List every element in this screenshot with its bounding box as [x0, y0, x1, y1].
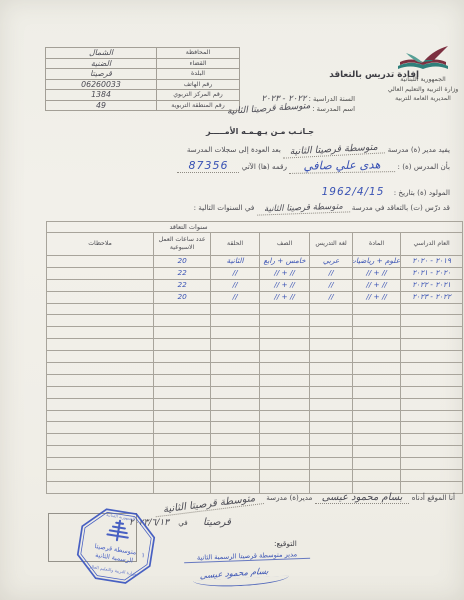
contract-cell [47, 267, 154, 279]
empty-row [47, 470, 463, 482]
contract-cell: // + // [260, 267, 310, 279]
contract-cell: // [211, 279, 260, 291]
empty-cell [310, 363, 353, 375]
region-value: الضنية [46, 58, 157, 69]
empty-cell [154, 374, 211, 386]
footer-prefix: أنا الموقع أدناه [412, 493, 455, 502]
body-line-birthdate: المولود (ة) بتاريخ : 1962/4/15 [315, 186, 450, 198]
region-row: رقم المنطقة التربوية49 [46, 100, 240, 111]
empty-cell [310, 351, 353, 363]
contract-cell: // [211, 291, 260, 303]
contract-cell: علوم + رياضيات [353, 256, 401, 268]
footer-declaration-line: أنا الموقع أدناه بسام محمود عيسى مدير(ة)… [155, 492, 455, 504]
empty-cell [211, 351, 260, 363]
empty-cell [260, 446, 310, 458]
empty-cell [353, 410, 401, 422]
region-value: 06260033 [46, 79, 157, 90]
empty-row [47, 422, 463, 434]
line4-prefix: قد درّس (ت) بالتعاقد في مدرسة [352, 203, 450, 212]
empty-cell [401, 434, 463, 446]
teacher-number-value: 87356 [177, 159, 239, 173]
column-header: عدد ساعات العمل الاسبوعية [154, 233, 211, 256]
region-row: البلدةقرصيتا [46, 69, 240, 80]
empty-cell [154, 398, 211, 410]
empty-cell [260, 458, 310, 470]
empty-cell [353, 422, 401, 434]
empty-row [47, 339, 463, 351]
signature-label: التوقيع: [274, 539, 297, 548]
empty-cell [353, 303, 401, 315]
empty-cell [47, 434, 154, 446]
body-line-contract: قد درّس (ت) بالتعاقد في مدرسة متوسطة قرص… [194, 203, 450, 214]
empty-cell [260, 327, 310, 339]
line4-suffix: في السنوات التالية : [194, 203, 255, 212]
empty-cell [260, 434, 310, 446]
region-value: 1384 [46, 90, 157, 101]
empty-cell [353, 446, 401, 458]
contract-cell: ٢٠٢٠ - ٢٠٢١ [401, 267, 463, 279]
line3-label: المولود (ة) بتاريخ : [394, 188, 450, 197]
empty-cell [211, 410, 260, 422]
empty-row [47, 351, 463, 363]
line4-school-value: متوسطة قرصيتا الثانية [256, 201, 349, 215]
empty-cell [260, 410, 310, 422]
contract-cell: // [310, 291, 353, 303]
empty-cell [401, 446, 463, 458]
empty-cell [154, 434, 211, 446]
empty-cell [47, 315, 154, 327]
empty-cell [401, 398, 463, 410]
official-school-stamp: الجمهورية اللبنانية متوسطة قرصيتا الرسمي… [68, 500, 164, 594]
empty-cell [353, 386, 401, 398]
in-word: في [178, 518, 187, 527]
empty-cell [47, 363, 154, 375]
empty-cell [47, 470, 154, 482]
empty-cell [211, 303, 260, 315]
principal-name-value: بسام محمود عيسى [315, 492, 410, 504]
empty-cell [154, 339, 211, 351]
empty-cell [154, 422, 211, 434]
empty-cell [401, 374, 463, 386]
line1-school-value: متوسطة قرصيتا الثانية [283, 141, 386, 158]
signature-title-stamp: مدير متوسطة قرصيتا الرسمية الثانية [184, 550, 310, 563]
scanned-teaching-contract-certificate: المحافظةالشمالالقضاءالضنيةالبلدةقرصيتارق… [0, 0, 464, 600]
empty-cell [47, 398, 154, 410]
footer-school-value: متوسطة قرصيتا الثانية [154, 492, 264, 517]
empty-cell [211, 458, 260, 470]
empty-cell [154, 386, 211, 398]
empty-cell [401, 386, 463, 398]
birthdate-value: 1962/4/15 [315, 186, 392, 198]
empty-cell [260, 422, 310, 434]
empty-cell [47, 374, 154, 386]
region-row: رقم المركز التربوي1384 [46, 90, 240, 101]
empty-cell [260, 374, 310, 386]
empty-cell [154, 458, 211, 470]
contract-cell: // [211, 267, 260, 279]
empty-cell [47, 410, 154, 422]
empty-cell [154, 446, 211, 458]
contract-row: ٢٠٢١ - ٢٠٢٢// + ////// + ////22 [47, 279, 463, 291]
empty-cell [353, 315, 401, 327]
empty-cell [353, 327, 401, 339]
contract-cell: // + // [260, 279, 310, 291]
empty-cell [47, 481, 154, 493]
table-header-row: العام الدراسيالمادةلغة التدريسالصفالحلقة… [47, 233, 463, 256]
stamp-number: ١ [141, 551, 146, 559]
school-name-line: اسم المدرسة : متوسطة قرصيتا الثانية [227, 104, 355, 114]
region-value: الشمال [46, 48, 157, 59]
empty-cell [401, 458, 463, 470]
region-label: القضاء [157, 58, 240, 69]
empty-cell [310, 339, 353, 351]
empty-cell [211, 374, 260, 386]
stamp-bottom-text: وزارة التربية والتعليم العالي [88, 565, 137, 578]
teacher-name-value: هدى علي صافي [289, 157, 395, 174]
region-row: المحافظةالشمال [46, 48, 240, 59]
empty-cell [211, 339, 260, 351]
empty-cell [401, 315, 463, 327]
region-value: قرصيتا [46, 69, 157, 80]
empty-cell [211, 470, 260, 482]
empty-cell [47, 446, 154, 458]
contract-cell: // [310, 279, 353, 291]
contract-cell [47, 291, 154, 303]
empty-cell [154, 470, 211, 482]
region-label: رقم الهاتف [157, 79, 240, 90]
contract-cell: خامس + رابع [260, 256, 310, 268]
empty-cell [401, 363, 463, 375]
empty-cell [47, 458, 154, 470]
column-header: لغة التدريس [310, 233, 353, 256]
region-label: المحافظة [157, 48, 240, 59]
empty-cell [211, 363, 260, 375]
contract-cell: عربي [310, 256, 353, 268]
contract-cell: 20 [154, 291, 211, 303]
empty-cell [154, 327, 211, 339]
empty-cell [401, 422, 463, 434]
contract-cell: 22 [154, 267, 211, 279]
empty-cell [211, 327, 260, 339]
empty-cell [310, 458, 353, 470]
empty-cell [310, 386, 353, 398]
line1-prefix: يفيد مدير (ة) مدرسة [388, 145, 450, 154]
empty-cell [154, 363, 211, 375]
empty-row [47, 434, 463, 446]
region-label: رقم المركز التربوي [157, 90, 240, 101]
region-value: 49 [46, 100, 157, 111]
body-line-teacher: بأن المدرس (ة) : هدى علي صافي رقمه (ها) … [177, 158, 450, 173]
empty-row [47, 386, 463, 398]
contract-cell: // + // [353, 279, 401, 291]
empty-cell [401, 339, 463, 351]
empty-row [47, 446, 463, 458]
empty-cell [260, 363, 310, 375]
contract-cell: ٢٠٢٢ - ٢٠٢٣ [401, 291, 463, 303]
empty-cell [211, 446, 260, 458]
column-header: العام الدراسي [401, 233, 463, 256]
column-header: الحلقة [211, 233, 260, 256]
column-header: ملاحظات [47, 233, 154, 256]
empty-cell [47, 303, 154, 315]
empty-cell [310, 470, 353, 482]
empty-cell [260, 339, 310, 351]
empty-cell [211, 434, 260, 446]
line2-mid: رقمه (ها) الآتي [242, 162, 287, 171]
empty-cell [154, 351, 211, 363]
contract-cell: // [310, 267, 353, 279]
empty-cell [154, 303, 211, 315]
empty-cell [310, 398, 353, 410]
empty-cell [310, 410, 353, 422]
empty-cell [260, 470, 310, 482]
contract-years-table: سنوات التعاقد العام الدراسيالمادةلغة الت… [46, 221, 463, 494]
document-title: إفادة تدريس بالتعاقد [333, 70, 419, 80]
empty-cell [47, 339, 154, 351]
empty-cell [154, 410, 211, 422]
contract-cell: 22 [154, 279, 211, 291]
contract-row: ٢٠٢٠ - ٢٠٢١// + ////// + ////22 [47, 267, 463, 279]
line1-suffix: بعد العودة إلى سجلات المدرسة [187, 145, 281, 154]
empty-cell [47, 327, 154, 339]
empty-cell [401, 351, 463, 363]
empty-cell [353, 434, 401, 446]
empty-cell [310, 315, 353, 327]
empty-cell [211, 398, 260, 410]
region-label: البلدة [157, 69, 240, 80]
table-band-row: سنوات التعاقد [47, 222, 463, 233]
empty-cell [260, 303, 310, 315]
empty-row [47, 363, 463, 375]
school-name-value: متوسطة قرصيتا الثانية [226, 101, 310, 117]
empty-cell [310, 303, 353, 315]
empty-cell [401, 410, 463, 422]
school-name-label: اسم المدرسة : [312, 105, 355, 113]
empty-cell [260, 351, 310, 363]
empty-cell [401, 470, 463, 482]
place-value: قرصيتا [190, 517, 244, 528]
empty-cell [310, 434, 353, 446]
empty-cell [260, 315, 310, 327]
contract-cell [47, 256, 154, 268]
empty-cell [211, 422, 260, 434]
contract-row: ٢٠٢٢ - ٢٠٢٣// + ////// + ////20 [47, 291, 463, 303]
region-info-table: المحافظةالشمالالقضاءالضنيةالبلدةقرصيتارق… [45, 47, 240, 111]
school-year-label: السنة الدراسية : [309, 95, 355, 103]
gov-line-directorate: المديرية العامة للتربية [381, 94, 464, 104]
gov-line-ministry: وزارة التربية والتعليم العالي [381, 85, 464, 95]
empty-cell [353, 339, 401, 351]
body-line-school: يفيد مدير (ة) مدرسة متوسطة قرصيتا الثاني… [187, 144, 450, 156]
empty-cell [310, 422, 353, 434]
footer-mid: مدير(ة) مدرسة [266, 493, 312, 502]
region-row: رقم الهاتف06260033 [46, 79, 240, 90]
empty-cell [353, 458, 401, 470]
contract-cell: // + // [260, 291, 310, 303]
column-header: المادة [353, 233, 401, 256]
empty-row [47, 410, 463, 422]
empty-cell [260, 386, 310, 398]
empty-row [47, 458, 463, 470]
empty-cell [154, 315, 211, 327]
contract-row: ٢٠١٩ - ٢٠٢٠علوم + رياضياتعربيخامس + رابع… [47, 256, 463, 268]
empty-cell [47, 422, 154, 434]
salutation: جـانـب مـن يـهـمـه الأمـــــر [185, 127, 335, 136]
empty-row [47, 327, 463, 339]
empty-cell [211, 386, 260, 398]
empty-row [47, 303, 463, 315]
contract-cell: ٢٠١٩ - ٢٠٢٠ [401, 256, 463, 268]
empty-cell [401, 327, 463, 339]
contract-cell: // + // [353, 267, 401, 279]
cedar-tree-icon [107, 519, 130, 542]
contract-cell: // + // [353, 291, 401, 303]
empty-cell [353, 374, 401, 386]
empty-cell [260, 398, 310, 410]
empty-cell [401, 303, 463, 315]
empty-cell [310, 374, 353, 386]
empty-cell [47, 386, 154, 398]
contract-cell [47, 279, 154, 291]
empty-row [47, 374, 463, 386]
contract-cell: الثانية [211, 256, 260, 268]
contract-cell: 20 [154, 256, 211, 268]
empty-row [47, 398, 463, 410]
empty-cell [310, 327, 353, 339]
empty-cell [47, 351, 154, 363]
contract-cell: ٢٠٢١ - ٢٠٢٢ [401, 279, 463, 291]
empty-cell [353, 398, 401, 410]
column-header: الصف [260, 233, 310, 256]
empty-cell [353, 351, 401, 363]
empty-cell [353, 470, 401, 482]
table-band-title: سنوات التعاقد [169, 223, 207, 231]
empty-row [47, 315, 463, 327]
line2-prefix: بأن المدرس (ة) : [398, 162, 450, 171]
region-row: القضاءالضنية [46, 58, 240, 69]
empty-cell [310, 446, 353, 458]
empty-cell [211, 315, 260, 327]
empty-cell [353, 363, 401, 375]
